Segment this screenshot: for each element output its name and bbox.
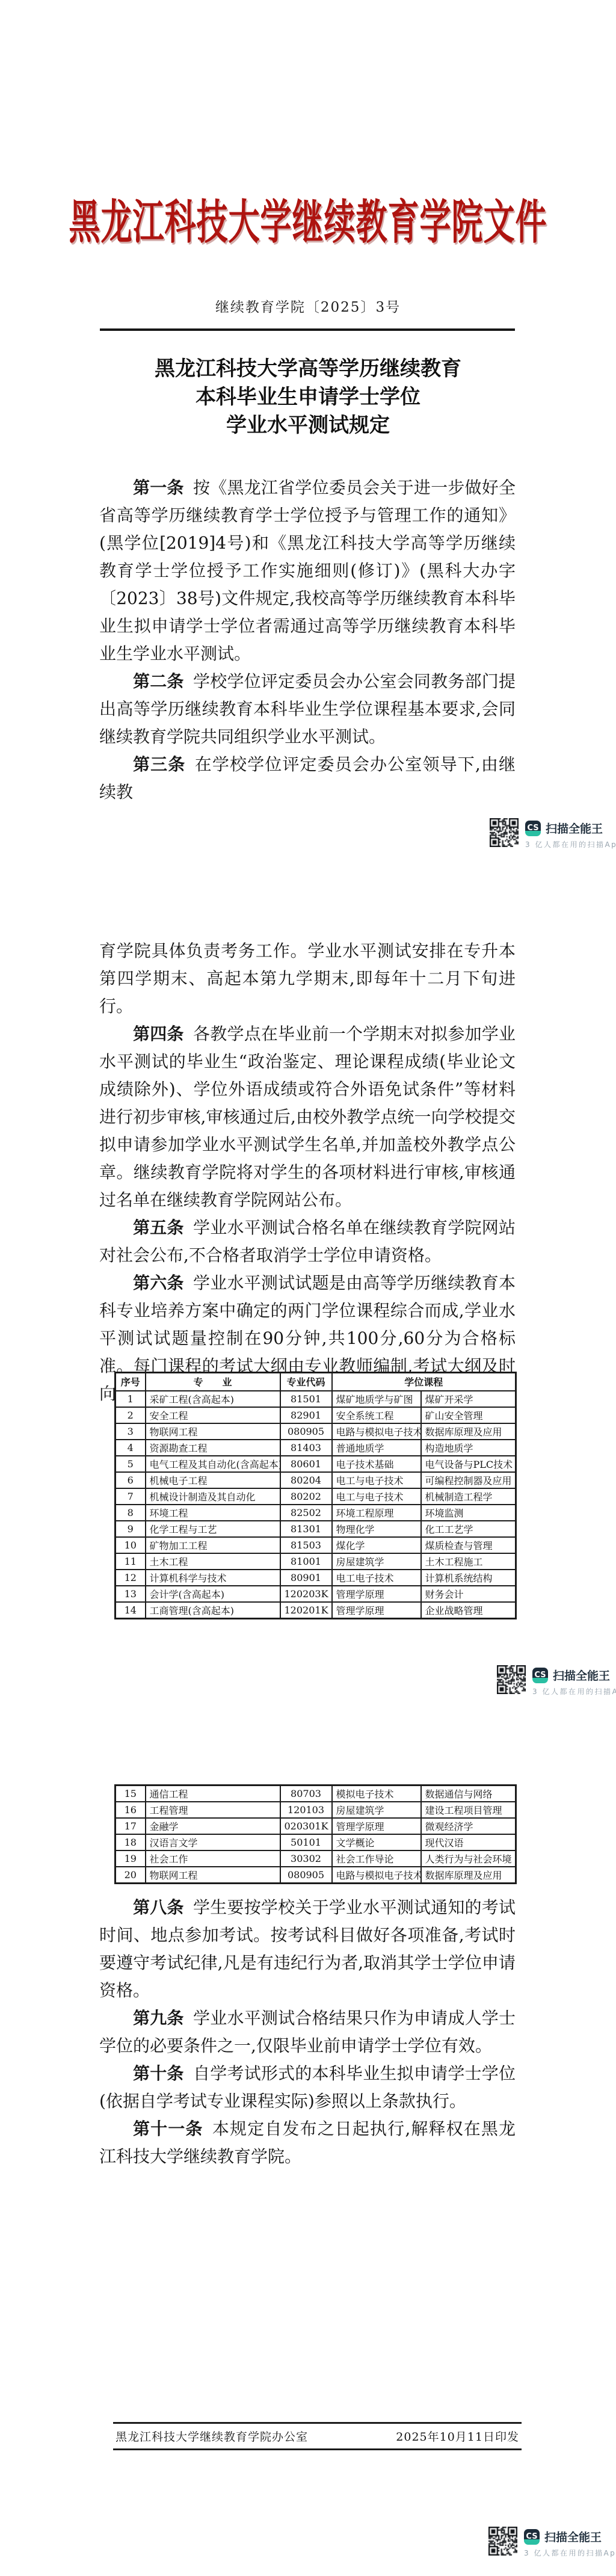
table-cell: 物联网工程 <box>146 1423 280 1440</box>
table-cell: 8 <box>115 1505 146 1521</box>
table-cell: 环境监测 <box>421 1505 516 1521</box>
table-cell: 14 <box>115 1602 146 1619</box>
clause-number: 第三条 <box>133 754 185 774</box>
table-cell: 矿物加工工程 <box>146 1537 280 1553</box>
watermark-text-group: CS 扫描全能王 3 亿人都在用的扫描App <box>532 1665 616 1696</box>
table-row: 18汉语言文学50101文学概论现代汉语 <box>115 1834 516 1850</box>
table-cell: 2 <box>115 1407 146 1423</box>
document-title: 黑龙江科技大学高等学历继续教育 本科毕业生申请学士学位 学业水平测试规定 <box>0 355 616 440</box>
table-cell: 80901 <box>280 1570 332 1586</box>
table-row: 20物联网工程080905电路与模拟电子技术数据库原理及应用 <box>115 1867 516 1884</box>
watermark-app-name: 扫描全能王 <box>546 820 603 836</box>
table-cell: 电工与电子技术 <box>332 1472 421 1488</box>
table-cell: 微观经济学 <box>421 1818 516 1834</box>
table-cell: 120203K <box>280 1586 332 1602</box>
table-row: 17金融学020301K管理学原理微观经济学 <box>115 1818 516 1834</box>
table-cell: 企业战略管理 <box>421 1602 516 1619</box>
table-row: 15通信工程80703模拟电子技术数据通信与网络 <box>115 1786 516 1802</box>
table-row: 6机械电子工程80204电工与电子技术可编程控制器及应用 <box>115 1472 516 1488</box>
header-no: 序号 <box>115 1373 146 1391</box>
table-cell: 5 <box>115 1456 146 1472</box>
table-cell: 物理化学 <box>332 1521 421 1537</box>
table-cell: 现代汉语 <box>421 1834 516 1850</box>
document-page: 黑龙江科技大学继续教育学院文件 继续教育学院〔2025〕3号 黑龙江科技大学高等… <box>0 0 616 2576</box>
page1-body-text: 第一条按《黑龙江省学位委员会关于进一步做好全省高等学历继续教育学士学位授予与管理… <box>99 474 516 806</box>
watermark-text-group: CS 扫描全能王 3 亿人都在用的扫描App <box>524 2527 616 2558</box>
table-cell: 12 <box>115 1570 146 1586</box>
table-cell: 通信工程 <box>146 1786 280 1802</box>
page3-body-text: 第八条学生要按学校关于学业水平测试通知的考试时间、地点参加考试。按考试科目做好各… <box>99 1894 516 2171</box>
table-cell: 安全系统工程 <box>332 1407 421 1423</box>
clause-paragraph: 第十条自学考试形式的本科毕业生拟申请学士学位(依据自学考试专业课程实际)参照以上… <box>99 2060 516 2115</box>
table-cell: 18 <box>115 1834 146 1850</box>
table-row: 11土木工程81001房屋建筑学土木工程施工 <box>115 1553 516 1570</box>
clause-paragraph: 育学院具体负责考务工作。学业水平测试安排在专升本第四学期末、高起本第九学期末,即… <box>99 937 516 1020</box>
table-cell: 文学概论 <box>332 1834 421 1850</box>
table-cell: 80204 <box>280 1472 332 1488</box>
table-cell: 电工与电子技术 <box>332 1488 421 1505</box>
table-cell: 工商管理(含高起本) <box>146 1602 280 1619</box>
clause-number: 第二条 <box>133 671 184 691</box>
clause-number: 第八条 <box>133 1897 184 1917</box>
table-cell: 社会工作 <box>146 1850 280 1867</box>
table-row: 13会计学(含高起本)120203K管理学原理财务会计 <box>115 1586 516 1602</box>
table-cell: 120103 <box>280 1802 332 1818</box>
table-cell: 81001 <box>280 1553 332 1570</box>
table-cell: 080905 <box>280 1423 332 1440</box>
table-cell: 计算机系统结构 <box>421 1570 516 1586</box>
table-cell: 财务会计 <box>421 1586 516 1602</box>
degree-course-table-part1: 序号 专 业 专业代码 学位课程 1采矿工程(含高起本)81501煤矿地质学与矿… <box>114 1372 517 1619</box>
table-row: 19社会工作30302社会工作导论人类行为与社会环境 <box>115 1850 516 1867</box>
table-cell: 30302 <box>280 1850 332 1867</box>
clause-paragraph: 第五条学业水平测试合格名单在继续教育学院网站对社会公布,不合格者取消学士学位申请… <box>99 1214 516 1269</box>
scanner-watermark: CS 扫描全能王 3 亿人都在用的扫描App <box>488 2527 616 2558</box>
table-cell: 化学工程与工艺 <box>146 1521 280 1537</box>
scanner-watermark: CS 扫描全能王 3 亿人都在用的扫描App <box>490 818 616 849</box>
clause-number: 第六条 <box>133 1273 184 1293</box>
clause-paragraph: 第三条在学校学位评定委员会办公室领导下,由继续教 <box>99 751 516 806</box>
table-cell: 管理学原理 <box>332 1602 421 1619</box>
camscanner-badge-icon: CS <box>525 821 541 836</box>
table-cell: 安全工程 <box>146 1407 280 1423</box>
table-row: 5电气工程及其自动化(含高起本)80601电子技术基础电气设备与PLC技术 <box>115 1456 516 1472</box>
table-cell: 会计学(含高起本) <box>146 1586 280 1602</box>
table-cell: 管理学原理 <box>332 1818 421 1834</box>
table-cell: 17 <box>115 1818 146 1834</box>
table-row: 1采矿工程(含高起本)81501煤矿地质学与矿图煤矿开采学 <box>115 1391 516 1407</box>
table-row: 4资源勘查工程81403普通地质学构造地质学 <box>115 1440 516 1456</box>
footer-divider-top <box>113 2422 522 2424</box>
table-cell: 汉语言文学 <box>146 1834 280 1850</box>
table-row: 14工商管理(含高起本)120201K管理学原理企业战略管理 <box>115 1602 516 1619</box>
table-cell: 81503 <box>280 1537 332 1553</box>
qr-code-icon <box>497 1665 526 1694</box>
qr-code-icon <box>488 2527 517 2556</box>
watermark-text-group: CS 扫描全能王 3 亿人都在用的扫描App <box>525 818 616 849</box>
table-cell: 土木工程 <box>146 1553 280 1570</box>
table-cell: 16 <box>115 1802 146 1818</box>
clause-text: 按《黑龙江省学位委员会关于进一步做好全省高等学历继续教育学士学位授予与管理工作的… <box>99 478 516 664</box>
table-cell: 80202 <box>280 1488 332 1505</box>
table-cell: 机械设计制造及其自动化 <box>146 1488 280 1505</box>
clause-paragraph: 第四条各教学点在毕业前一个学期末对拟参加学业水平测试的毕业生“政治鉴定、理论课程… <box>99 1020 516 1214</box>
clause-number: 第十条 <box>133 2063 184 2083</box>
table-cell: 房屋建筑学 <box>332 1802 421 1818</box>
footer-divider-bottom <box>113 2448 522 2450</box>
table-cell: 工程管理 <box>146 1802 280 1818</box>
table-cell: 15 <box>115 1786 146 1802</box>
clause-paragraph: 第八条学生要按学校关于学业水平测试通知的考试时间、地点参加考试。按考试科目做好各… <box>99 1894 516 2004</box>
table-row: 12计算机科学与技术80901电工电子技术计算机系统结构 <box>115 1570 516 1586</box>
table-cell: 计算机科学与技术 <box>146 1570 280 1586</box>
table-cell: 120201K <box>280 1602 332 1619</box>
table-cell: 模拟电子技术 <box>332 1786 421 1802</box>
table-cell: 数据库原理及应用 <box>421 1423 516 1440</box>
table-cell: 矿山安全管理 <box>421 1407 516 1423</box>
camscanner-badge-icon: CS <box>532 1668 548 1683</box>
table-row: 8环境工程82502环境工程原理环境监测 <box>115 1505 516 1521</box>
table-row: 3物联网工程080905电路与模拟电子技术数据库原理及应用 <box>115 1423 516 1440</box>
document-title-line3: 学业水平测试规定 <box>0 411 616 440</box>
clause-paragraph: 第九条学业水平测试合格结果只作为申请成人学士学位的必要条件之一,仅限毕业前申请学… <box>99 2004 516 2060</box>
table-cell: 管理学原理 <box>332 1586 421 1602</box>
table-cell: 建设工程项目管理 <box>421 1802 516 1818</box>
table-cell: 普通地质学 <box>332 1440 421 1456</box>
table-cell: 80601 <box>280 1456 332 1472</box>
table-cell: 080905 <box>280 1867 332 1884</box>
table-cell: 4 <box>115 1440 146 1456</box>
table-cell: 6 <box>115 1472 146 1488</box>
table-cell: 3 <box>115 1423 146 1440</box>
table-cell: 构造地质学 <box>421 1440 516 1456</box>
table-row: 16工程管理120103房屋建筑学建设工程项目管理 <box>115 1802 516 1818</box>
table-cell: 环境工程原理 <box>332 1505 421 1521</box>
document-number: 继续教育学院〔2025〕3号 <box>0 296 616 316</box>
table-cell: 金融学 <box>146 1818 280 1834</box>
table-cell: 电路与模拟电子技术 <box>332 1867 421 1884</box>
table-cell: 社会工作导论 <box>332 1850 421 1867</box>
table-cell: 可编程控制器及应用 <box>421 1472 516 1488</box>
table-cell: 煤矿地质学与矿图 <box>332 1391 421 1407</box>
table-cell: 采矿工程(含高起本) <box>146 1391 280 1407</box>
document-title-line1: 黑龙江科技大学高等学历继续教育 <box>0 355 616 383</box>
footer-print-date: 2025年10月11日印发 <box>396 2428 519 2444</box>
table-cell: 7 <box>115 1488 146 1505</box>
table-cell: 19 <box>115 1850 146 1867</box>
table-cell: 环境工程 <box>146 1505 280 1521</box>
table-cell: 82901 <box>280 1407 332 1423</box>
clause-number: 第十一条 <box>133 2119 203 2139</box>
table-cell: 11 <box>115 1553 146 1570</box>
table-cell: 化工工艺学 <box>421 1521 516 1537</box>
watermark-tagline: 3 亿人都在用的扫描App <box>524 2548 616 2558</box>
header-code: 专业代码 <box>280 1373 332 1391</box>
table-cell: 电气工程及其自动化(含高起本) <box>146 1456 280 1472</box>
table-row: 2安全工程82901安全系统工程矿山安全管理 <box>115 1407 516 1423</box>
table-cell: 80703 <box>280 1786 332 1802</box>
table-cell: 1 <box>115 1391 146 1407</box>
page2-body-text: 育学院具体负责考务工作。学业水平测试安排在专升本第四学期末、高起本第九学期末,即… <box>99 937 516 1435</box>
table-cell: 煤矿开采学 <box>421 1391 516 1407</box>
table-cell: 81403 <box>280 1440 332 1456</box>
table-cell: 020301K <box>280 1818 332 1834</box>
clause-number: 第四条 <box>133 1024 184 1044</box>
table-row: 9化学工程与工艺81301物理化学化工工艺学 <box>115 1521 516 1537</box>
header-divider <box>100 328 515 331</box>
table-cell: 数据通信与网络 <box>421 1786 516 1802</box>
table-cell: 81501 <box>280 1391 332 1407</box>
table-row: 10矿物加工工程81503煤化学煤质检查与管理 <box>115 1537 516 1553</box>
table-cell: 电路与模拟电子技术 <box>332 1423 421 1440</box>
table-cell: 20 <box>115 1867 146 1884</box>
footer-office: 黑龙江科技大学继续教育学院办公室 <box>115 2428 308 2444</box>
clause-number: 第五条 <box>133 1218 184 1237</box>
table-cell: 81301 <box>280 1521 332 1537</box>
table-cell: 房屋建筑学 <box>332 1553 421 1570</box>
table-row: 7机械设计制造及其自动化80202电工与电子技术机械制造工程学 <box>115 1488 516 1505</box>
clause-text: 各教学点在毕业前一个学期末对拟参加学业水平测试的毕业生“政治鉴定、理论课程成绩(… <box>99 1024 516 1210</box>
table-cell: 13 <box>115 1586 146 1602</box>
degree-course-table-part2: 15通信工程80703模拟电子技术数据通信与网络16工程管理120103房屋建筑… <box>114 1784 517 1884</box>
institution-banner: 黑龙江科技大学继续教育学院文件 <box>0 184 616 252</box>
watermark-tagline: 3 亿人都在用的扫描App <box>532 1686 616 1696</box>
watermark-app-name: 扫描全能王 <box>544 2528 602 2545</box>
table-cell: 资源勘查工程 <box>146 1440 280 1456</box>
scanner-watermark: CS 扫描全能王 3 亿人都在用的扫描App <box>497 1665 616 1696</box>
header-courses: 学位课程 <box>332 1373 516 1391</box>
footer-colophon: 黑龙江科技大学继续教育学院办公室 2025年10月11日印发 <box>115 2428 519 2444</box>
watermark-tagline: 3 亿人都在用的扫描App <box>525 839 616 849</box>
clause-paragraph: 第二条学校学位评定委员会办公室会同教务部门提出高等学历继续教育本科毕业生学位课程… <box>99 668 516 751</box>
table-cell: 电工电子技术 <box>332 1570 421 1586</box>
table-cell: 电气设备与PLC技术 <box>421 1456 516 1472</box>
clause-text: 育学院具体负责考务工作。学业水平测试安排在专升本第四学期末、高起本第九学期末,即… <box>99 941 516 1016</box>
table-cell: 82502 <box>280 1505 332 1521</box>
clause-paragraph: 第十一条本规定自发布之日起执行,解释权在黑龙江科技大学继续教育学院。 <box>99 2115 516 2171</box>
camscanner-badge-icon: CS <box>524 2529 540 2545</box>
table-cell: 机械制造工程学 <box>421 1488 516 1505</box>
table-cell: 物联网工程 <box>146 1867 280 1884</box>
watermark-app-name: 扫描全能王 <box>553 1667 610 1683</box>
table-cell: 10 <box>115 1537 146 1553</box>
table-cell: 数据库原理及应用 <box>421 1867 516 1884</box>
table-cell: 机械电子工程 <box>146 1472 280 1488</box>
clause-paragraph: 第一条按《黑龙江省学位委员会关于进一步做好全省高等学历继续教育学士学位授予与管理… <box>99 474 516 668</box>
table-cell: 人类行为与社会环境 <box>421 1850 516 1867</box>
qr-code-icon <box>490 818 519 847</box>
clause-number: 第九条 <box>133 2008 184 2028</box>
table-cell: 电子技术基础 <box>332 1456 421 1472</box>
table-cell: 煤化学 <box>332 1537 421 1553</box>
clause-number: 第一条 <box>133 478 184 498</box>
table-header-row: 序号 专 业 专业代码 学位课程 <box>115 1373 516 1391</box>
header-major: 专 业 <box>146 1373 280 1391</box>
document-title-line2: 本科毕业生申请学士学位 <box>0 383 616 411</box>
table-cell: 50101 <box>280 1834 332 1850</box>
table-cell: 9 <box>115 1521 146 1537</box>
table-cell: 煤质检查与管理 <box>421 1537 516 1553</box>
table-cell: 土木工程施工 <box>421 1553 516 1570</box>
